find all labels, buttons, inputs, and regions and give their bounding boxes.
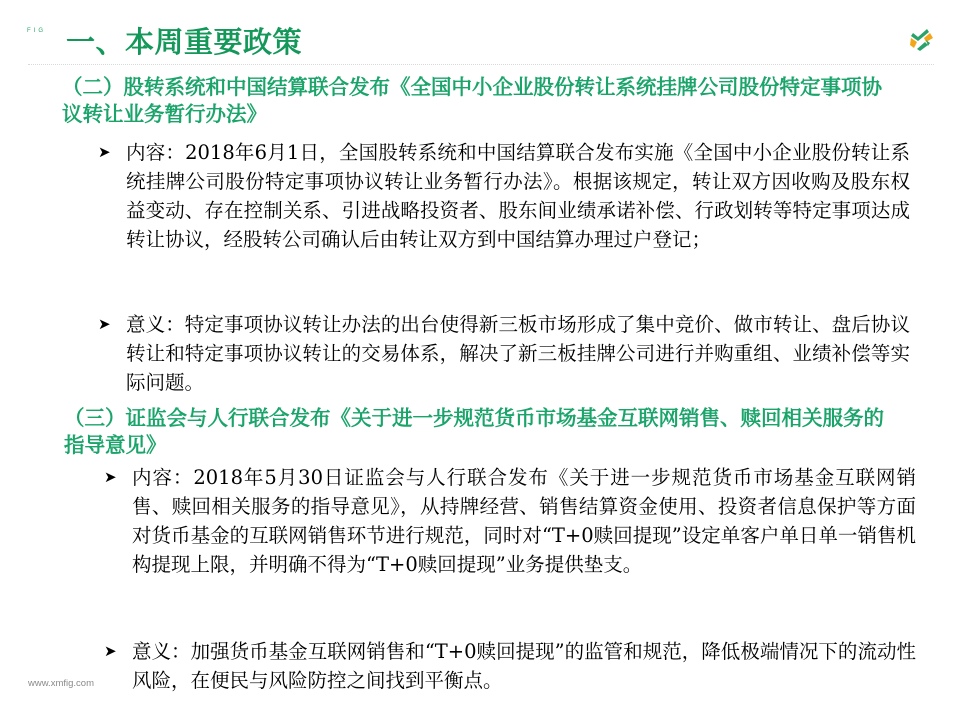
arrow-bullet-icon: ➤ bbox=[104, 463, 132, 579]
section-heading-3: （三）证监会与人行联合发布《关于进一步规范货币市场基金互联网销售、赎回相关服务的… bbox=[64, 405, 904, 459]
bullet-significance-3: ➤ 意义：加强货币基金互联网销售和“T+0赎回提现”的监管和规范，降低极端情况下… bbox=[104, 637, 916, 695]
section-heading-2: （二）股转系统和中国结算联合发布《全国中小企业股份转让系统挂牌公司股份特定事项协… bbox=[62, 74, 902, 128]
bullet-text: 内容：2018年6月1日，全国股转系统和中国结算联合发布实施《全国中小企业股份转… bbox=[126, 138, 910, 254]
page-title: 一、本周重要政策 bbox=[66, 22, 302, 62]
brand-mark: FIG bbox=[27, 28, 46, 34]
bullet-content-3: ➤ 内容：2018年5月30日证监会与人行联合发布《关于进一步规范货币市场基金互… bbox=[104, 463, 916, 579]
bullet-content-2: ➤ 内容：2018年6月1日，全国股转系统和中国结算联合发布实施《全国中小企业股… bbox=[98, 138, 910, 254]
arrow-bullet-icon: ➤ bbox=[104, 637, 132, 695]
arrow-bullet-icon: ➤ bbox=[98, 138, 126, 254]
bullet-text: 意义：特定事项协议转让办法的出台使得新三板市场形成了集中竞价、做市转让、盘后协议… bbox=[126, 310, 910, 397]
logo-graphic bbox=[908, 26, 934, 52]
arrow-bullet-icon: ➤ bbox=[98, 310, 126, 397]
slide: FIG 一、本周重要政策 （二）股转系统和中国结算联合发布《全国中小企业股份转让… bbox=[0, 0, 960, 720]
bullet-significance-2: ➤ 意义：特定事项协议转让办法的出台使得新三板市场形成了集中竞价、做市转让、盘后… bbox=[98, 310, 910, 397]
xmfig-logo-icon bbox=[908, 26, 934, 52]
footer-url: www.xmfig.com bbox=[28, 678, 94, 689]
bullet-text: 意义：加强货币基金互联网销售和“T+0赎回提现”的监管和规范，降低极端情况下的流… bbox=[132, 637, 916, 695]
bullet-text: 内容：2018年5月30日证监会与人行联合发布《关于进一步规范货币市场基金互联网… bbox=[132, 463, 916, 579]
title-divider bbox=[28, 64, 934, 65]
